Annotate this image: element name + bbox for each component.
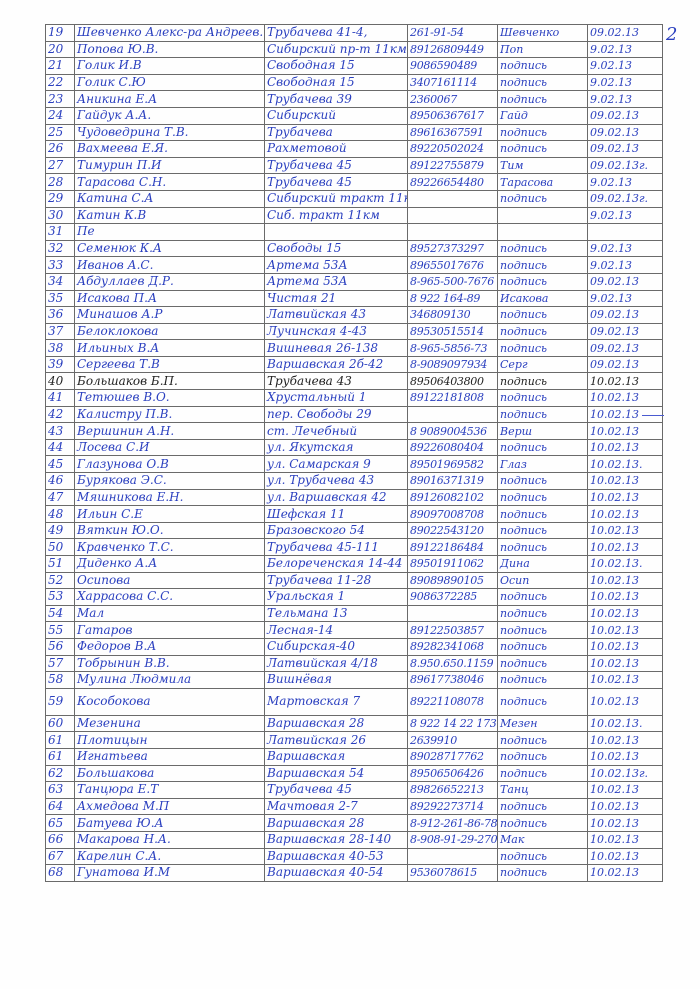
cell-date: 09.02.13г. [588, 190, 663, 207]
cell-name: Белоклокова [75, 323, 265, 340]
cell-name: Танцюра Е.Т [75, 782, 265, 799]
cell-address: Чистая 21 [265, 290, 408, 307]
cell-date: 09.02.13 [588, 356, 663, 373]
cell-num: 56 [46, 638, 75, 655]
cell-name: Тарасова С.Н. [75, 174, 265, 191]
cell-date: 10.02.13 [588, 622, 663, 639]
cell-num: 61 [46, 732, 75, 749]
cell-signature: подпись [498, 473, 588, 490]
table-row: 25Чудоведрина Т.В.Трубачева89616367591по… [46, 124, 663, 141]
cell-signature: подпись [498, 865, 588, 882]
cell-phone: 8.950.650.1159 [408, 655, 498, 672]
cell-signature: подпись [498, 815, 588, 832]
cell-phone: 89501969582 [408, 456, 498, 473]
cell-phone: 89122186484 [408, 539, 498, 556]
cell-num: 23 [46, 91, 75, 108]
cell-address: Хрустальный 1 [265, 390, 408, 407]
cell-date: 9.02.13 [588, 74, 663, 91]
table-row: 37БелоклоковаЛучинская 4-4389530515514по… [46, 323, 663, 340]
cell-name: Лосева С.И [75, 439, 265, 456]
cell-address: Трубачева 45-111 [265, 539, 408, 556]
cell-address: Трубачева 39 [265, 91, 408, 108]
table-row: 68Гунатова И.МВаршавская 40-549536078615… [46, 865, 663, 882]
cell-name: Мулина Людмила [75, 672, 265, 689]
cell-signature: подпись [498, 489, 588, 506]
cell-address: Сибирская-40 [265, 638, 408, 655]
table-row: 56Федоров В.АСибирская-4089282341068подп… [46, 638, 663, 655]
cell-num: 22 [46, 74, 75, 91]
cell-date: 10.02.13 [588, 865, 663, 882]
cell-signature: подпись [498, 257, 588, 274]
cell-name: Аникина Е.А [75, 91, 265, 108]
cell-address: ул. Варшавская 42 [265, 489, 408, 506]
cell-phone: 9086590489 [408, 58, 498, 75]
cell-date: 9.02.13 [588, 41, 663, 58]
cell-date: 10.02.13 [588, 572, 663, 589]
cell-date: 10.02.13 [588, 688, 663, 715]
cell-address: Варшавская 28 [265, 815, 408, 832]
cell-num: 54 [46, 605, 75, 622]
cell-date: 10.02.13 [588, 506, 663, 523]
cell-date: 09.02.13г. [588, 157, 663, 174]
cell-phone: 8-908-91-29-270 [408, 831, 498, 848]
cell-name: Катина С.А [75, 190, 265, 207]
table-row: 29Катина С.АСибирский тракт 11кмподпись0… [46, 190, 663, 207]
cell-date: 10.02.13 [588, 539, 663, 556]
cell-address: ст. Лечебный [265, 423, 408, 440]
cell-name: Большаков Б.П. [75, 373, 265, 390]
cell-phone: 89616367591 [408, 124, 498, 141]
cell-address: Вишневая 26-138 [265, 340, 408, 357]
cell-name: Абдуллаев Д.Р. [75, 273, 265, 290]
cell-date: 9.02.13 [588, 290, 663, 307]
cell-address: Шефская 11 [265, 506, 408, 523]
cell-name: Попова Ю.В. [75, 41, 265, 58]
cell-phone: 2360067 [408, 91, 498, 108]
cell-phone: 261-91-54 [408, 25, 498, 42]
page-number: 2 [666, 24, 677, 45]
cell-num: 21 [46, 58, 75, 75]
margin-dash-mark [642, 415, 664, 416]
cell-num: 40 [46, 373, 75, 390]
cell-date: 10.02.13 [588, 473, 663, 490]
table-row: 51Диденко А.АБелореченская 14-4489501911… [46, 556, 663, 573]
cell-num: 39 [46, 356, 75, 373]
cell-name: Глазунова О.В [75, 456, 265, 473]
cell-num: 67 [46, 848, 75, 865]
cell-address: Трубачева 45 [265, 782, 408, 799]
cell-address: Рахметовой [265, 141, 408, 158]
cell-phone: 8 922 14 22 173 [408, 715, 498, 732]
cell-signature: Глаз [498, 456, 588, 473]
cell-num: 33 [46, 257, 75, 274]
cell-address: Варшавская 54 [265, 765, 408, 782]
table-row: 46Бурякова Э.С.ул. Трубачева 43890163713… [46, 473, 663, 490]
cell-signature: подпись [498, 124, 588, 141]
table-row: 35Исакова П.АЧистая 218 922 164-89Исаков… [46, 290, 663, 307]
cell-phone: 89282341068 [408, 638, 498, 655]
cell-date: 09.02.13 [588, 273, 663, 290]
cell-date: 09.02.13 [588, 340, 663, 357]
table-row: 30Катин К.ВСиб. тракт 11км9.02.13 [46, 207, 663, 224]
table-row: 23Аникина Е.АТрубачева 392360067подпись9… [46, 91, 663, 108]
table-row: 63Танцюра Е.ТТрубачева 4589826652213Танц… [46, 782, 663, 799]
cell-num: 34 [46, 273, 75, 290]
cell-name: Гатаров [75, 622, 265, 639]
cell-address: Свободы 15 [265, 240, 408, 257]
cell-signature: Исакова [498, 290, 588, 307]
cell-address: Сиб. тракт 11км [265, 207, 408, 224]
table-row: 59КособоковаМартовская 789221108078подпи… [46, 688, 663, 715]
cell-address: ул. Трубачева 43 [265, 473, 408, 490]
cell-phone: 9086372285 [408, 589, 498, 606]
cell-num: 62 [46, 765, 75, 782]
cell-signature: Мезен [498, 715, 588, 732]
cell-signature: Дина [498, 556, 588, 573]
table-row: 67Карелин С.А.Варшавская 40-53подпись10.… [46, 848, 663, 865]
cell-name: Карелин С.А. [75, 848, 265, 865]
cell-phone: 89655017676 [408, 257, 498, 274]
cell-date: 10.02.13 [588, 589, 663, 606]
cell-name: Калистру П.В. [75, 406, 265, 423]
scanned-signature-sheet: 19Шевченко Алекс-ра Андреев.Трубачева 41… [0, 0, 700, 989]
cell-date: 09.02.13 [588, 25, 663, 42]
cell-name: Чудоведрина Т.В. [75, 124, 265, 141]
cell-date: 10.02.13. [588, 556, 663, 573]
cell-date: 10.02.13г. [588, 765, 663, 782]
table-row: 39Сергеева Т.ВВаршавская 2б-428-90890979… [46, 356, 663, 373]
cell-signature: подпись [498, 748, 588, 765]
cell-name: Плотицын [75, 732, 265, 749]
cell-date [588, 224, 663, 241]
cell-name: Вершинин А.Н. [75, 423, 265, 440]
cell-phone: 89292273714 [408, 798, 498, 815]
cell-phone: 89506367617 [408, 107, 498, 124]
cell-name: Исакова П.А [75, 290, 265, 307]
cell-address: пер. Свободы 29 [265, 406, 408, 423]
cell-signature: Шевченко [498, 25, 588, 42]
cell-name: Ахмедова М.П [75, 798, 265, 815]
cell-num: 44 [46, 439, 75, 456]
table-row: 32Семенюк К.АСвободы 1589527373297подпис… [46, 240, 663, 257]
cell-num: 25 [46, 124, 75, 141]
cell-signature: подпись [498, 390, 588, 407]
cell-signature: подпись [498, 622, 588, 639]
cell-signature: подпись [498, 589, 588, 606]
cell-name: Минашов А.Р [75, 307, 265, 324]
cell-phone: 89220502024 [408, 141, 498, 158]
cell-signature: подпись [498, 848, 588, 865]
cell-phone: 89028717762 [408, 748, 498, 765]
cell-signature: подпись [498, 91, 588, 108]
cell-phone: 89226080404 [408, 439, 498, 456]
cell-signature [498, 207, 588, 224]
table-row: 49Вяткин Ю.О.Бразовского 5489022543120по… [46, 522, 663, 539]
table-row: 66Макарова Н.А.Варшавская 28-1408-908-91… [46, 831, 663, 848]
table-row: 21Голик И.ВСвободная 159086590489подпись… [46, 58, 663, 75]
cell-date: 09.02.13 [588, 141, 663, 158]
cell-num: 51 [46, 556, 75, 573]
table-row: 64Ахмедова М.ПМачтовая 2-789292273714под… [46, 798, 663, 815]
cell-phone [408, 406, 498, 423]
cell-date: 10.02.13 [588, 732, 663, 749]
cell-name: Вахмеева Е.Я. [75, 141, 265, 158]
cell-phone: 89506506426 [408, 765, 498, 782]
cell-num: 65 [46, 815, 75, 832]
cell-name: Голик И.В [75, 58, 265, 75]
cell-signature: Тим [498, 157, 588, 174]
cell-address: ул. Якутская [265, 439, 408, 456]
cell-address: Варшавская 2б-42 [265, 356, 408, 373]
cell-signature: подпись [498, 323, 588, 340]
cell-date: 10.02.13 [588, 748, 663, 765]
cell-num: 53 [46, 589, 75, 606]
cell-num: 57 [46, 655, 75, 672]
cell-signature: подпись [498, 605, 588, 622]
table-row: 20Попова Ю.В.Сибирский пр-т 11км89126809… [46, 41, 663, 58]
cell-address: Свободная 15 [265, 74, 408, 91]
table-row: 22Голик С.ЮСвободная 153407161114подпись… [46, 74, 663, 91]
cell-signature: подпись [498, 765, 588, 782]
cell-num: 27 [46, 157, 75, 174]
cell-num: 41 [46, 390, 75, 407]
cell-address: Латвийская 43 [265, 307, 408, 324]
table-row: 42Калистру П.В.пер. Свободы 29подпись10.… [46, 406, 663, 423]
cell-date: 10.02.13 [588, 605, 663, 622]
table-row: 57Тобрынин В.В.Латвийская 4/188.950.650.… [46, 655, 663, 672]
cell-name: Диденко А.А [75, 556, 265, 573]
cell-date: 10.02.13 [588, 439, 663, 456]
cell-phone [408, 848, 498, 865]
cell-name: Осипова [75, 572, 265, 589]
table-row: 65Батуева Ю.АВаршавская 288-912-261-86-7… [46, 815, 663, 832]
cell-date: 10.02.13 [588, 423, 663, 440]
cell-num: 24 [46, 107, 75, 124]
cell-name: Иванов А.С. [75, 257, 265, 274]
cell-signature: Поп [498, 41, 588, 58]
cell-date: 10.02.13 [588, 373, 663, 390]
cell-date: 10.02.13 [588, 638, 663, 655]
cell-num: 68 [46, 865, 75, 882]
cell-phone: 8-912-261-86-78 [408, 815, 498, 832]
cell-num: 47 [46, 489, 75, 506]
cell-name: Ильиных В.А [75, 340, 265, 357]
cell-date: 9.02.13 [588, 174, 663, 191]
cell-num: 20 [46, 41, 75, 58]
table-row: 26Вахмеева Е.Я.Рахметовой89220502024подп… [46, 141, 663, 158]
cell-address: Лучинская 4-43 [265, 323, 408, 340]
cell-address: Латвийская 4/18 [265, 655, 408, 672]
cell-date: 9.02.13 [588, 58, 663, 75]
cell-num: 29 [46, 190, 75, 207]
cell-name: Катин К.В [75, 207, 265, 224]
cell-signature: подпись [498, 688, 588, 715]
cell-signature: подпись [498, 340, 588, 357]
cell-phone: 3407161114 [408, 74, 498, 91]
cell-name: Тетюшев В.О. [75, 390, 265, 407]
cell-name: Вяткин Ю.О. [75, 522, 265, 539]
cell-name: Тобрынин В.В. [75, 655, 265, 672]
cell-address: Вишнёвая [265, 672, 408, 689]
cell-name: Федоров В.А [75, 638, 265, 655]
cell-num: 36 [46, 307, 75, 324]
cell-name: Бурякова Э.С. [75, 473, 265, 490]
cell-address: Трубачева 45 [265, 174, 408, 191]
cell-date: 09.02.13 [588, 107, 663, 124]
cell-name: Макарова Н.А. [75, 831, 265, 848]
cell-num: 58 [46, 672, 75, 689]
cell-address: Лесная-14 [265, 622, 408, 639]
cell-date: 10.02.13 [588, 390, 663, 407]
table-row: 62БольшаковаВаршавская 5489506506426подп… [46, 765, 663, 782]
table-row: 38Ильиных В.АВишневая 26-1388-965-5856-7… [46, 340, 663, 357]
cell-date: 10.02.13 [588, 815, 663, 832]
cell-name: Мезенина [75, 715, 265, 732]
cell-phone: 346809130 [408, 307, 498, 324]
cell-address: Трубачева [265, 124, 408, 141]
cell-signature: подпись [498, 58, 588, 75]
cell-address: Уральская 1 [265, 589, 408, 606]
cell-signature: подпись [498, 506, 588, 523]
cell-name: Большакова [75, 765, 265, 782]
cell-name: Семенюк К.А [75, 240, 265, 257]
cell-name: Харрасова С.С. [75, 589, 265, 606]
cell-phone: 2639910 [408, 732, 498, 749]
table-row: 19Шевченко Алекс-ра Андреев.Трубачева 41… [46, 25, 663, 42]
cell-num: 63 [46, 782, 75, 799]
signature-table: 19Шевченко Алекс-ра Андреев.Трубачева 41… [45, 24, 663, 882]
cell-date: 10.02.13 [588, 831, 663, 848]
table-row: 58Мулина ЛюдмилаВишнёвая89617738046подпи… [46, 672, 663, 689]
cell-address: Бразовского 54 [265, 522, 408, 539]
cell-phone: 8 922 164-89 [408, 290, 498, 307]
cell-phone: 89097008708 [408, 506, 498, 523]
cell-signature: подпись [498, 672, 588, 689]
cell-date: 10.02.13 [588, 782, 663, 799]
cell-address: Варшавская 40-53 [265, 848, 408, 865]
cell-name: Игнатьева [75, 748, 265, 765]
cell-name: Тимурин П.И [75, 157, 265, 174]
cell-signature: подпись [498, 655, 588, 672]
cell-num: 60 [46, 715, 75, 732]
cell-address: Варшавская [265, 748, 408, 765]
cell-name: Гунатова И.М [75, 865, 265, 882]
cell-num: 28 [46, 174, 75, 191]
cell-name: Батуева Ю.А [75, 815, 265, 832]
cell-date: 09.02.13 [588, 124, 663, 141]
cell-address: Мачтовая 2-7 [265, 798, 408, 815]
cell-phone: 8-965-5856-73 [408, 340, 498, 357]
cell-phone: 89226654480 [408, 174, 498, 191]
cell-date: 10.02.13 [588, 848, 663, 865]
cell-signature [498, 224, 588, 241]
cell-name: Ильин С.Е [75, 506, 265, 523]
cell-num: 61 [46, 748, 75, 765]
cell-signature: Серг [498, 356, 588, 373]
cell-signature: Мак [498, 831, 588, 848]
cell-date: 9.02.13 [588, 240, 663, 257]
table-row: 31Пе [46, 224, 663, 241]
cell-signature: подпись [498, 190, 588, 207]
table-row: 41Тетюшев В.О.Хрустальный 189122181808по… [46, 390, 663, 407]
cell-address: Латвийская 26 [265, 732, 408, 749]
table-row: 28Тарасова С.Н.Трубачева 4589226654480Та… [46, 174, 663, 191]
cell-signature: подпись [498, 273, 588, 290]
cell-phone: 8-965-500-7676 [408, 273, 498, 290]
cell-address: Сибирский [265, 107, 408, 124]
cell-num: 64 [46, 798, 75, 815]
cell-address: Артема 53А [265, 273, 408, 290]
table-row: 48Ильин С.ЕШефская 1189097008708подпись1… [46, 506, 663, 523]
cell-phone: 89527373297 [408, 240, 498, 257]
cell-num: 55 [46, 622, 75, 639]
cell-date: 9.02.13 [588, 257, 663, 274]
cell-signature: подпись [498, 439, 588, 456]
cell-num: 19 [46, 25, 75, 42]
cell-signature: подпись [498, 522, 588, 539]
table-row: 24Гайдук А.А.Сибирский89506367617Гайд09.… [46, 107, 663, 124]
cell-phone: 89122755879 [408, 157, 498, 174]
cell-address [265, 224, 408, 241]
cell-signature: подпись [498, 798, 588, 815]
table-row: 61ПлотицынЛатвийская 262639910подпись10.… [46, 732, 663, 749]
cell-address: ул. Самарская 9 [265, 456, 408, 473]
cell-phone: 89122181808 [408, 390, 498, 407]
cell-phone: 89501911062 [408, 556, 498, 573]
cell-name: Голик С.Ю [75, 74, 265, 91]
cell-name: Мал [75, 605, 265, 622]
cell-num: 37 [46, 323, 75, 340]
cell-num: 49 [46, 522, 75, 539]
table-row: 36Минашов А.РЛатвийская 43346809130подпи… [46, 307, 663, 324]
cell-phone: 89530515514 [408, 323, 498, 340]
cell-num: 35 [46, 290, 75, 307]
cell-phone: 8 9089004536 [408, 423, 498, 440]
cell-signature: подпись [498, 638, 588, 655]
cell-date: 09.02.13 [588, 323, 663, 340]
cell-phone [408, 207, 498, 224]
cell-num: 46 [46, 473, 75, 490]
cell-num: 42 [46, 406, 75, 423]
cell-name: Гайдук А.А. [75, 107, 265, 124]
cell-name: Шевченко Алекс-ра Андреев. [75, 25, 265, 42]
table-row: 52ОсиповаТрубачева 11-2889089890105Осип1… [46, 572, 663, 589]
table-row: 34Абдуллаев Д.Р.Артема 53А8-965-500-7676… [46, 273, 663, 290]
table-row: 44Лосева С.Иул. Якутская89226080404подпи… [46, 439, 663, 456]
table-row: 47Мяшникова Е.Н.ул. Варшавская 428912608… [46, 489, 663, 506]
table-row: 50Кравченко Т.С.Трубачева 45-11189122186… [46, 539, 663, 556]
cell-date: 10.02.13 [588, 672, 663, 689]
cell-address: Сибирский пр-т 11км [265, 41, 408, 58]
cell-address: Мартовская 7 [265, 688, 408, 715]
cell-date: 10.02.13. [588, 456, 663, 473]
cell-phone: 89016371319 [408, 473, 498, 490]
cell-address: Варшавская 28 [265, 715, 408, 732]
cell-phone: 89221108078 [408, 688, 498, 715]
cell-num: 45 [46, 456, 75, 473]
cell-address: Свободная 15 [265, 58, 408, 75]
table-row: 61ИгнатьеваВаршавская89028717762подпись1… [46, 748, 663, 765]
cell-address: Варшавская 40-54 [265, 865, 408, 882]
cell-date: 10.02.13. [588, 715, 663, 732]
cell-address: Тельмана 13 [265, 605, 408, 622]
cell-num: 59 [46, 688, 75, 715]
cell-phone: 8-9089097934 [408, 356, 498, 373]
cell-date: 10.02.13 [588, 798, 663, 815]
cell-phone: 89122503857 [408, 622, 498, 639]
cell-signature: подпись [498, 141, 588, 158]
cell-num: 31 [46, 224, 75, 241]
